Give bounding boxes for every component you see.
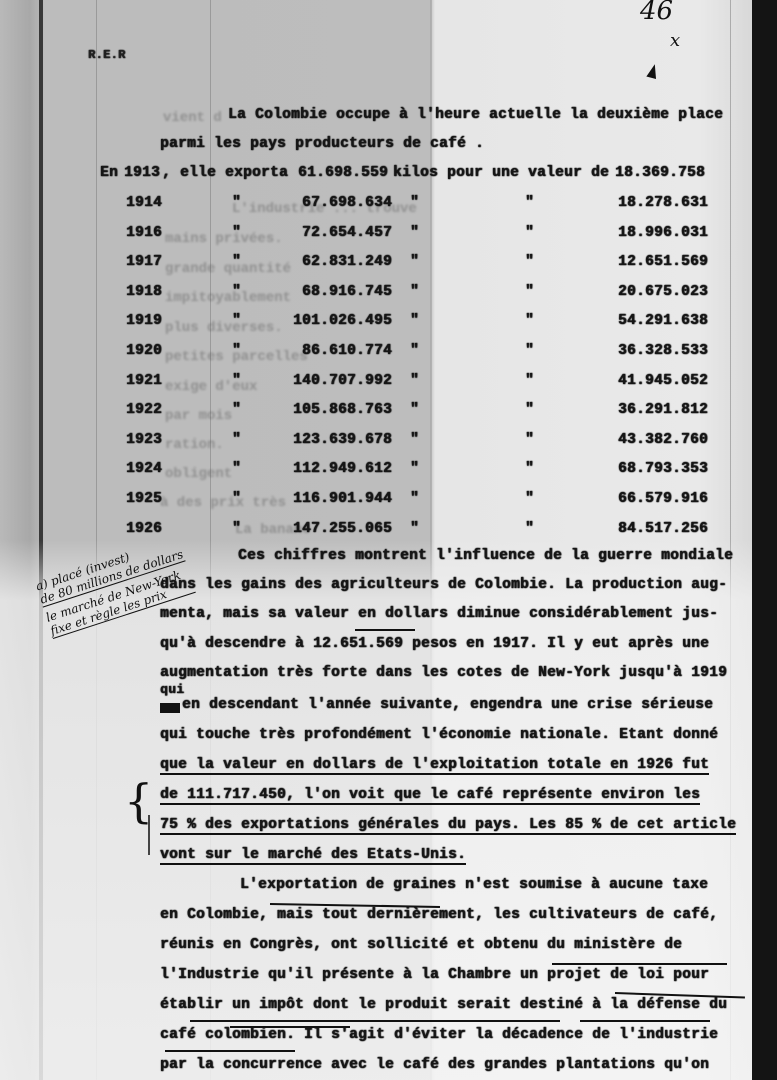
ditto-mark: " [410, 402, 419, 418]
para2-line: par la concurrence avec le café des gran… [160, 1057, 709, 1073]
ditto-mark: " [525, 225, 534, 241]
table-value: 20.675.023 [618, 284, 708, 300]
table-value: 18.996.031 [618, 225, 708, 241]
para1-line-underlined: 75 % des exportations générales du pays.… [160, 817, 736, 835]
margin-bar [148, 815, 150, 855]
bleed-through-text: obligent [165, 466, 232, 482]
scan-dark-edge [752, 0, 777, 1080]
table-kilos: 62.831.249 [302, 254, 392, 270]
para1-line: en descendant l'année suivante, engendra… [182, 697, 713, 713]
para1-line: menta, mais sa valeur en dollars diminue… [160, 606, 718, 622]
table-kilos: 105.868.763 [293, 402, 392, 418]
table-year: 1919 [126, 313, 162, 329]
bleed-through-text: à des prix très [160, 495, 286, 511]
bleed-through-text: exige d'eux [165, 379, 257, 395]
ditto-mark: " [232, 195, 241, 211]
ditto-mark: " [232, 254, 241, 270]
para1-insert-qui: qui [160, 682, 184, 697]
table-value: 36.291.812 [618, 402, 708, 418]
margin-note: a) placé (invest) de 80 millions de doll… [34, 534, 195, 639]
ditto-mark: " [410, 432, 419, 448]
table-year: 1914 [126, 195, 162, 211]
page-number-handwritten: 46 [640, 0, 673, 26]
bleed-through-text: ration. [165, 437, 224, 453]
table-kilos: 68.916.745 [302, 284, 392, 300]
ditto-mark: " [410, 373, 419, 389]
ditto-mark: " [410, 491, 419, 507]
ditto-mark: " [410, 313, 419, 329]
para1-line: Ces chiffres montrent l'influence de la … [238, 548, 733, 564]
kilos-1913: 61.698.559 [298, 165, 388, 181]
table-year: 1916 [126, 225, 162, 241]
table-kilos: 72.654.457 [302, 225, 392, 241]
ditto-mark: " [232, 343, 241, 359]
table-year: 1922 [126, 402, 162, 418]
value-1913: 18.369.758 [615, 165, 705, 181]
table-kilos: 140.707.992 [293, 373, 392, 389]
table-kilos: 86.610.774 [302, 343, 392, 359]
table-year: 1921 [126, 373, 162, 389]
ditto-mark: " [525, 461, 534, 477]
ditto-mark: " [525, 195, 534, 211]
para1-line: augmentation très forte dans les cotes d… [160, 665, 727, 681]
ink-underline [230, 1026, 350, 1028]
ink-underline [165, 1050, 295, 1052]
ditto-mark: " [525, 254, 534, 270]
ditto-mark: " [410, 284, 419, 300]
ditto-mark: " [525, 521, 534, 537]
table-kilos: 116.901.944 [293, 491, 392, 507]
ditto-mark: " [525, 313, 534, 329]
ink-underline [580, 1020, 710, 1022]
para2-line: café colombien. Il s'agit d'éviter la dé… [160, 1027, 718, 1043]
table-kilos: 147.255.065 [293, 521, 392, 537]
line-1913-prefix: En [100, 165, 118, 181]
ditto-mark: " [232, 521, 241, 537]
table-value: 12.651.569 [618, 254, 708, 270]
bleed-through-text: plus diverses. [165, 320, 283, 336]
ditto-mark: " [410, 461, 419, 477]
table-year: 1920 [126, 343, 162, 359]
ditto-mark: " [232, 373, 241, 389]
line-1913-mid: , elle exporta [162, 165, 288, 181]
bleed-through-text: vient d [163, 110, 222, 126]
table-kilos: 123.639.678 [293, 432, 392, 448]
ditto-mark: " [525, 373, 534, 389]
bleed-through-text: grande quantité [165, 261, 291, 277]
table-value: 84.517.256 [618, 521, 708, 537]
ditto-mark: " [232, 491, 241, 507]
intro-line-2: parmi les pays producteurs de café . [160, 136, 484, 152]
ditto-mark: " [525, 343, 534, 359]
bleed-through-text: mains privées. [165, 231, 283, 247]
table-year: 1917 [126, 254, 162, 270]
table-year: 1926 [126, 521, 162, 537]
table-value: 54.291.638 [618, 313, 708, 329]
table-year: 1924 [126, 461, 162, 477]
document-body: 46 x R.E.R vient d L'industrie ... trouv… [0, 0, 752, 1080]
table-value: 41.945.052 [618, 373, 708, 389]
ditto-mark: " [525, 284, 534, 300]
ditto-mark: " [410, 343, 419, 359]
corner-mark: x [670, 30, 680, 51]
ditto-mark: " [232, 225, 241, 241]
year-1913: 1913 [124, 165, 160, 181]
ink-underline [190, 1020, 560, 1022]
para1-line: dans les gains des agriculteurs de Colom… [160, 577, 727, 593]
para1-line: qu'à descendre à 12.651.569 pesos en 191… [160, 636, 709, 652]
para2-line: établir un impôt dont le produit serait … [160, 997, 727, 1013]
struck-out-text [160, 703, 180, 713]
ditto-mark: " [525, 491, 534, 507]
para1-line-underlined: que la valeur en dollars de l'exploitati… [160, 757, 709, 775]
ditto-mark: " [232, 432, 241, 448]
table-kilos: 101.026.495 [293, 313, 392, 329]
para2-line: L'exportation de graines n'est soumise à… [240, 877, 708, 893]
ditto-mark: " [410, 254, 419, 270]
ditto-mark: " [410, 225, 419, 241]
table-value: 66.579.916 [618, 491, 708, 507]
ink-underline [355, 629, 415, 631]
table-kilos: 67.698.634 [302, 195, 392, 211]
para1-line-underlined: vont sur le marché des Etats-Unis. [160, 847, 466, 865]
ditto-mark: " [232, 284, 241, 300]
table-kilos: 112.949.612 [293, 461, 392, 477]
table-value: 36.328.533 [618, 343, 708, 359]
line-1913-after: kilos pour une valeur de [393, 165, 609, 181]
ink-underline [552, 963, 727, 965]
ditto-mark: " [410, 195, 419, 211]
intro-line-1: La Colombie occupe à l'heure actuelle la… [228, 107, 723, 123]
ink-mark [646, 63, 659, 79]
ditto-mark: " [232, 313, 241, 329]
table-value: 43.382.760 [618, 432, 708, 448]
para2-line: l'Industrie qu'il présente à la Chambre … [160, 967, 709, 983]
para1-line: qui touche très profondément l'économie … [160, 727, 718, 743]
para1-line-underlined: de 111.717.450, l'on voit que le café re… [160, 787, 700, 805]
ditto-mark: " [410, 521, 419, 537]
table-year: 1923 [126, 432, 162, 448]
ditto-mark: " [525, 432, 534, 448]
para2-line: réunis en Congrès, ont sollicité et obte… [160, 937, 682, 953]
bleed-through-text: impitoyablement [165, 290, 291, 306]
ditto-mark: " [232, 402, 241, 418]
table-year: 1918 [126, 284, 162, 300]
table-value: 18.278.631 [618, 195, 708, 211]
table-value: 68.793.353 [618, 461, 708, 477]
bleed-through-text: par mois [165, 408, 232, 424]
table-year: 1925 [126, 491, 162, 507]
ditto-mark: " [232, 461, 241, 477]
para2-line: en Colombie, mais tout dernièrement, les… [160, 907, 718, 923]
ditto-mark: " [525, 402, 534, 418]
header-mark: R.E.R [88, 48, 126, 62]
